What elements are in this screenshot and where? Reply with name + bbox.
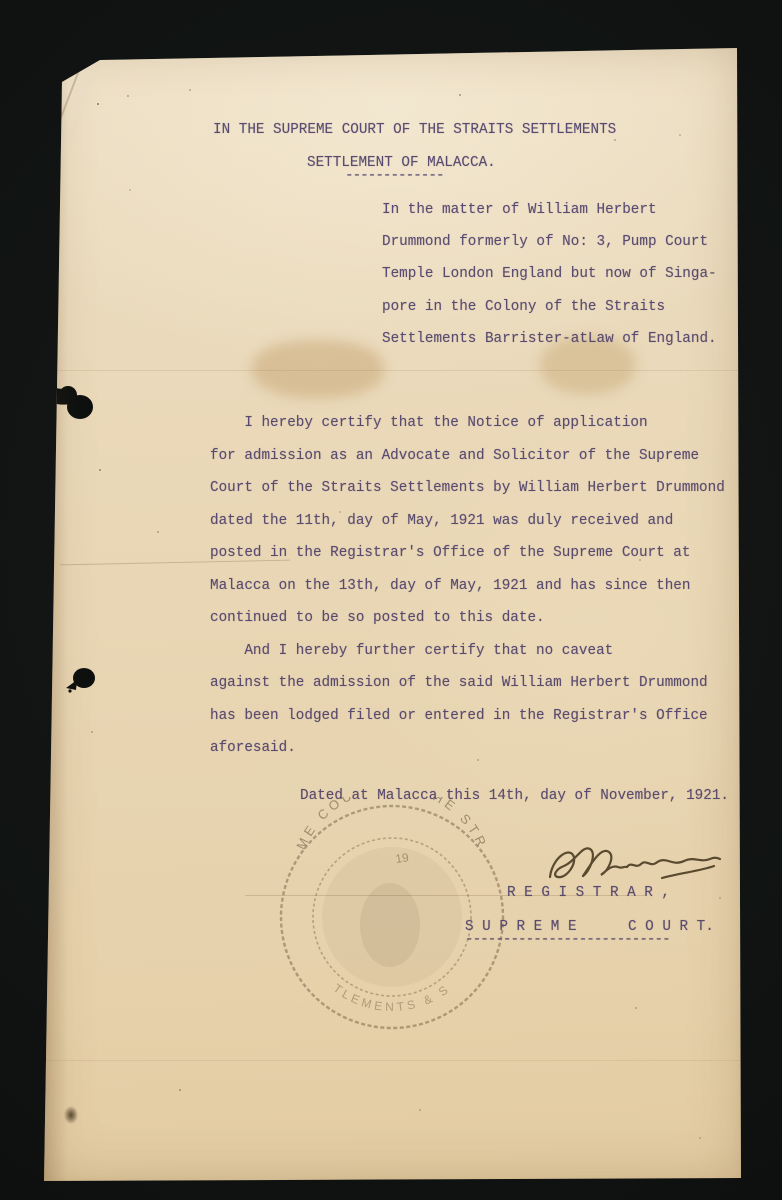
typed-line: dated the 11th, day of May, 1921 was dul…	[210, 505, 725, 538]
typed-line: Malacca on the 13th, day of May, 1921 an…	[210, 570, 725, 603]
scan-background: ME COURT OF THE STR TLEMENTS & S 19 IN T…	[0, 0, 782, 1200]
crease-line	[40, 1060, 744, 1061]
closing-underline: ---------------------------	[465, 924, 670, 956]
matter-line: pore in the Colony of the Straits	[382, 291, 717, 323]
typed-line: Court of the Straits Settlements by Will…	[210, 472, 725, 505]
matter-line: In the matter of William Herbert	[382, 194, 717, 226]
typed-line: aforesaid.	[210, 732, 725, 765]
matter-line: Drummond formerly of No: 3, Pump Court	[382, 226, 717, 258]
heading-line-1: IN THE SUPREME COURT OF THE STRAITS SETT…	[213, 114, 616, 146]
typed-line: has been lodged filed or entered in the …	[210, 700, 725, 733]
body-paragraphs: I hereby certify that the Notice of appl…	[210, 407, 725, 765]
typed-line: And I hereby further certify that no cav…	[210, 635, 725, 668]
ink-blot	[64, 1106, 78, 1124]
matter-line: Temple London England but now of Singa-	[382, 258, 717, 290]
fold-corner	[40, 40, 130, 165]
left-edge-shading	[40, 40, 68, 1185]
punch-hole-torn	[42, 370, 98, 434]
seal-inner-mark: 19	[394, 850, 409, 866]
typed-line: against the admission of the said Willia…	[210, 667, 725, 700]
heading-underline: -------------	[345, 160, 444, 192]
punch-hole	[62, 658, 106, 702]
matter-line: Settlements Barrister-atLaw of England.	[382, 323, 717, 355]
registrar-label: R E G I S T R A R ,	[507, 877, 670, 909]
typed-line: continued to be so posted to this date.	[210, 602, 725, 635]
stain-mark	[252, 340, 384, 398]
dated-line: Dated at Malacca this 14th, day of Novem…	[300, 780, 729, 812]
seal-emblem-icon	[360, 883, 420, 967]
typed-line: for admission as an Advocate and Solicit…	[210, 440, 725, 473]
document-page: ME COURT OF THE STR TLEMENTS & S 19 IN T…	[40, 40, 744, 1185]
typed-line: I hereby certify that the Notice of appl…	[210, 407, 725, 440]
matter-block: In the matter of William Herbert Drummon…	[382, 194, 717, 355]
typed-line: posted in the Registrar's Office of the …	[210, 537, 725, 570]
crease-line	[40, 370, 744, 371]
